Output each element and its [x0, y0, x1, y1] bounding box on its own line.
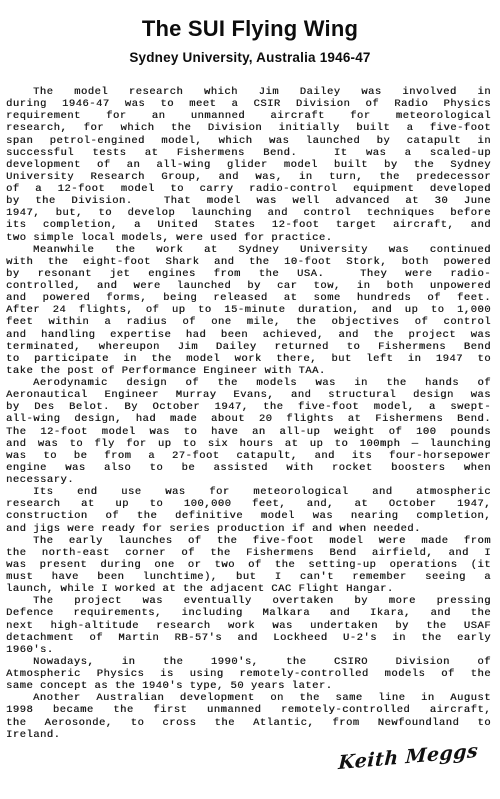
paragraph: Nowadays, in the 1990's, the CSIRO Divis…	[6, 656, 491, 692]
text-line: The model research which Jim Dailey was …	[6, 86, 491, 98]
text-line: span petrol-engined model, which was lau…	[6, 135, 491, 147]
text-line: After 24 flights, of up to 15-minute dur…	[6, 304, 491, 316]
text-line: its completion, a United States 12-foot …	[6, 219, 491, 231]
text-line: research, for which the Division initial…	[6, 122, 491, 134]
text-line: Aerodynamic design of the models was in …	[6, 377, 491, 389]
text-line: construction of the definitive model was…	[6, 510, 491, 522]
text-line: the north-east corner of the Fishermens …	[6, 547, 491, 559]
text-line: by resonant jet engines from the USA. Th…	[6, 268, 491, 280]
text-line: two simple local models, were used for p…	[6, 232, 491, 244]
paragraph: Its end use was for meteorological and a…	[6, 486, 491, 535]
text-line: terminated, whereupon Jim Dailey returne…	[6, 341, 491, 353]
text-line: requirement for an unmanned aircraft for…	[6, 110, 491, 122]
text-line: with the eight-foot Shark and the 10-foo…	[6, 256, 491, 268]
text-line: Aeronautical Engineer Murray Evans, and …	[6, 389, 491, 401]
text-line: of a 12-foot model to carry radio-contro…	[6, 183, 491, 195]
text-line: was present during one or two of the set…	[6, 559, 491, 571]
text-line: all-wing design, had made about 20 fligh…	[6, 413, 491, 425]
text-line: during 1946-47 was to meet a CSIR Divisi…	[6, 98, 491, 110]
text-line: launch, while I worked at the adjacent C…	[6, 583, 491, 595]
document-header: The SUI Flying Wing Sydney University, A…	[0, 0, 500, 66]
text-line: development of an all-wing glider model …	[6, 159, 491, 171]
text-line: The early launches of the five-foot mode…	[6, 535, 491, 547]
paragraph: The project was eventually overtaken by …	[6, 595, 491, 656]
signature: Keith Meggs	[337, 740, 478, 774]
text-line: and handling expertise had been achieved…	[6, 329, 491, 341]
text-line: by the Division. That model was well adv…	[6, 195, 491, 207]
text-line: Defence requirements, including Malkara …	[6, 607, 491, 619]
text-line: successful tests at Fishermens Bend. It …	[6, 147, 491, 159]
text-line: detachment of Martin RB-57's and Lockhee…	[6, 632, 491, 644]
paragraph: Aerodynamic design of the models was in …	[6, 377, 491, 486]
text-line: The project was eventually overtaken by …	[6, 595, 491, 607]
text-line: Another Australian development on the sa…	[6, 692, 491, 704]
text-line: and jigs were ready for series productio…	[6, 523, 491, 535]
text-line: controlled, and were launched by car tow…	[6, 280, 491, 292]
paragraph: The early launches of the five-foot mode…	[6, 535, 491, 596]
page-title: The SUI Flying Wing	[0, 16, 500, 41]
text-line: must have been lunchtime), but I can't r…	[6, 571, 491, 583]
text-line: Atmospheric Physics is using remotely-co…	[6, 668, 491, 680]
text-line: to participate in the model work there, …	[6, 353, 491, 365]
page-subtitle: Sydney University, Australia 1946-47	[0, 50, 500, 66]
text-line: engine was also to be assisted with rock…	[6, 462, 491, 474]
paragraph: The model research which Jim Dailey was …	[6, 86, 491, 244]
document-body: The model research which Jim Dailey was …	[6, 86, 491, 741]
document-page: The SUI Flying Wing Sydney University, A…	[0, 0, 500, 799]
text-line: necessary.	[6, 474, 491, 486]
signature-text: Keith Meggs	[337, 740, 478, 774]
text-line: 1947, but, to develop launching and cont…	[6, 207, 491, 219]
text-line: was to be from a 27-foot catapult, and i…	[6, 450, 491, 462]
text-line: The 12-foot model was to have an all-up …	[6, 426, 491, 438]
text-line: take the post of Performance Engineer wi…	[6, 365, 491, 377]
text-line: Meanwhile the work at Sydney University …	[6, 244, 491, 256]
text-line: 1960's.	[6, 644, 491, 656]
text-line: Its end use was for meteorological and a…	[6, 486, 491, 498]
text-line: and was to fly for up to six hours at up…	[6, 438, 491, 450]
text-line: feet within a radius of one mile, the ob…	[6, 316, 491, 328]
text-line: Nowadays, in the 1990's, the CSIRO Divis…	[6, 656, 491, 668]
text-line: research at up to 100,000 feet, and, at …	[6, 498, 491, 510]
text-line: same concept as the 1940's type, 50 year…	[6, 680, 491, 692]
text-line: next high-altitude research work was und…	[6, 620, 491, 632]
paragraph: Meanwhile the work at Sydney University …	[6, 244, 491, 377]
text-line: Ireland.	[6, 729, 491, 741]
text-line: and powered forms, being released at som…	[6, 292, 491, 304]
text-line: the Aerosonde, to cross the Atlantic, fr…	[6, 717, 491, 729]
text-line: by Des Belot. By October 1947, the five-…	[6, 401, 491, 413]
text-line: 1998 became the first unmanned remotely-…	[6, 704, 491, 716]
text-line: University Research Group, and was, in t…	[6, 171, 491, 183]
paragraph: Another Australian development on the sa…	[6, 692, 491, 741]
